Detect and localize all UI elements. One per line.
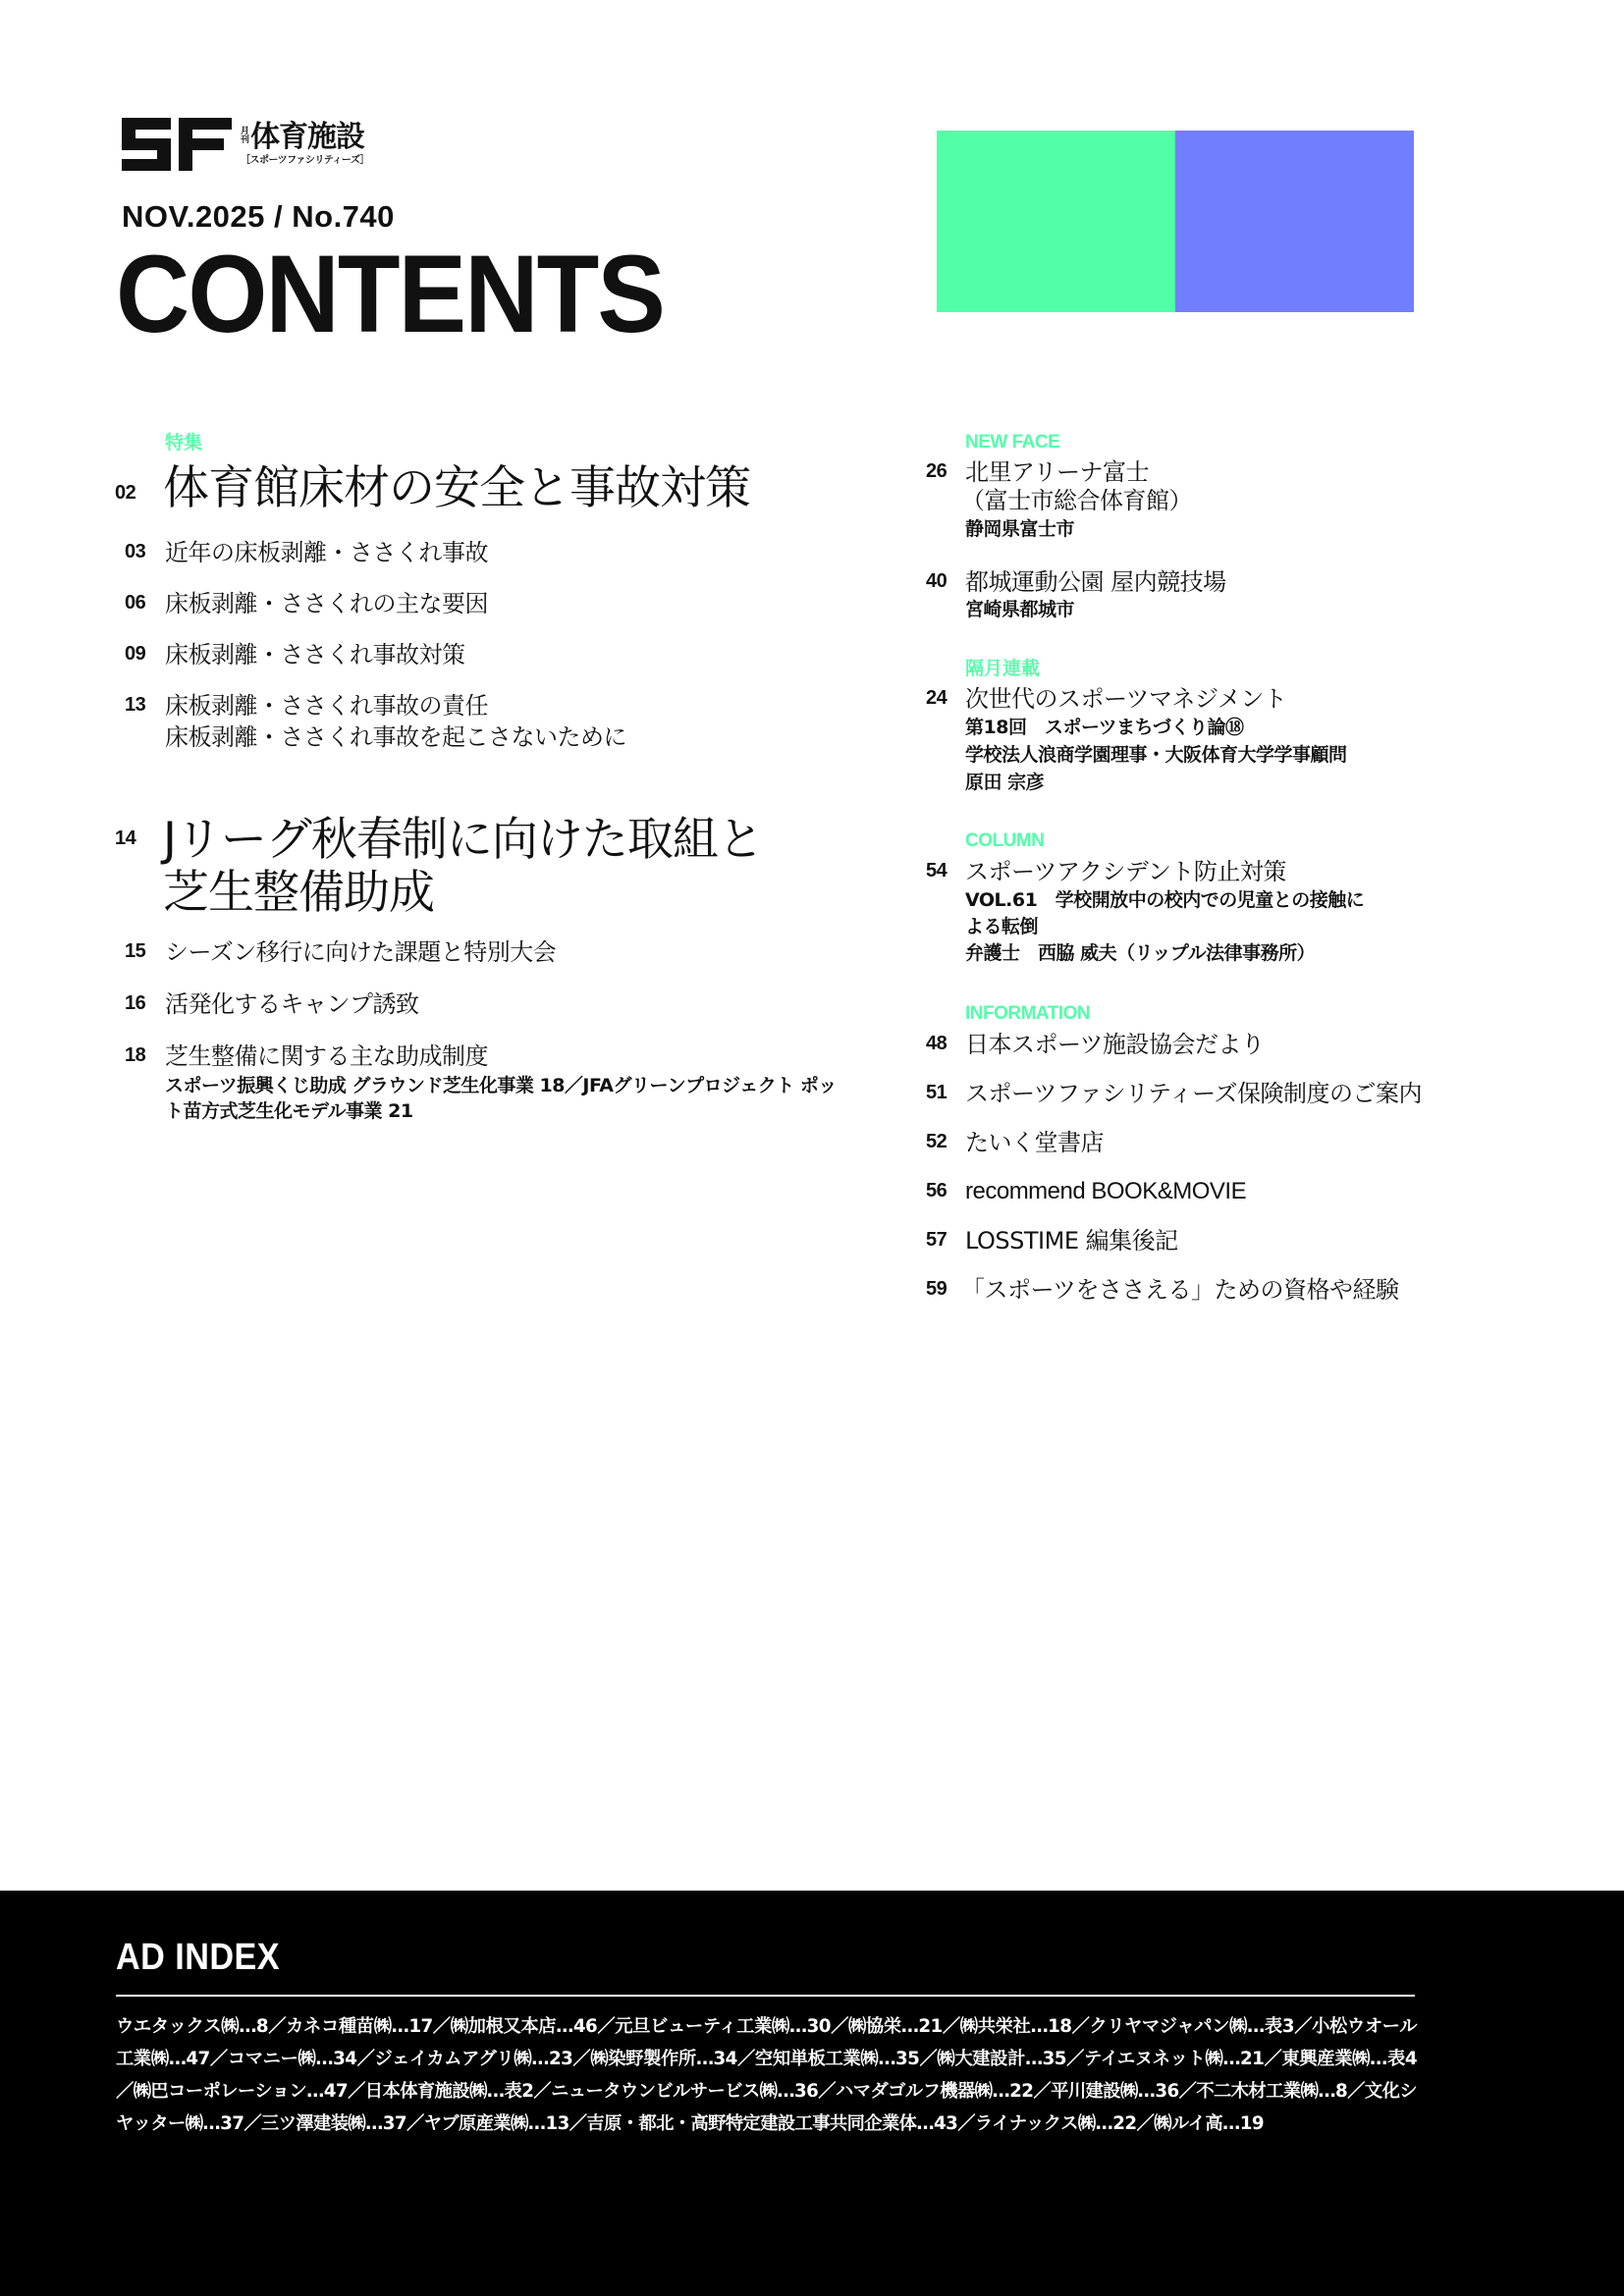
toc-item-location: 静岡県富士市 (965, 516, 1074, 542)
toc-item-title: 床板剥離・ささくれ事故の責任 (165, 691, 488, 721)
feature-title: Jリーグ秋春制に向けた取組と (163, 813, 763, 868)
logo-monthly: 月刊 (241, 128, 249, 145)
toc-item-title: 床板剥離・ささくれ事故対策 (165, 640, 465, 669)
toc-item-subtitle: スポーツ振興くじ助成 グラウンド芝生化事業 18／JFAグリーンプロジェクト ポ… (165, 1073, 837, 1098)
page-number: 16 (125, 989, 145, 1017)
magazine-logo: 月刊 体育施設 ［スポーツファシリティーズ］ (122, 116, 387, 173)
toc-item-subtitle: ト苗方式芝生化モデル事業 21 (165, 1098, 413, 1124)
page-number: 03 (125, 538, 145, 565)
page-number: 24 (926, 684, 947, 712)
toc-item-title: シーズン移行に向けた課題と特別大会 (165, 937, 556, 967)
logo-title: 体育施設 (250, 122, 364, 153)
toc-item-subtitle: VOL.61 学校開放中の校内での児童との接触に (965, 887, 1364, 913)
toc-item-author: 原田 宗彦 (965, 770, 1044, 795)
feature-title: 体育館床材の安全と事故対策 (163, 461, 750, 516)
toc-item-title: recommend BOOK&MOVIE (965, 1177, 1246, 1206)
ad-index-heading: AD INDEX (116, 1937, 280, 1979)
toc-item-title: 活発化するキャンプ誘致 (165, 989, 419, 1019)
issue-number: NOV.2025 / No.740 (122, 199, 395, 235)
page-number: 56 (926, 1177, 947, 1204)
toc-item-title: 次世代のスポーツマネジメント (965, 684, 1286, 714)
toc-item-title: （富士市総合体育館） (961, 486, 1192, 515)
toc-item-title: 都城運動公園 屋内競技場 (965, 567, 1226, 597)
category-label-bimonthly: 隔月連載 (965, 658, 1040, 679)
page-number: 18 (125, 1041, 145, 1069)
category-label-column: COLUMN (965, 830, 1044, 852)
page-number: 02 (115, 479, 135, 507)
ad-index-divider (116, 1995, 1415, 1997)
toc-item-subtitle: 第18回 スポーツまちづくり論⑱ (965, 715, 1244, 740)
page-number: 51 (926, 1079, 947, 1106)
page-number: 57 (926, 1226, 947, 1254)
category-label-information: INFORMATION (965, 1003, 1090, 1025)
toc-item-title: 床板剥離・ささくれの主な要因 (165, 589, 488, 618)
ad-index-list: ウエタックス㈱…8／カネコ種苗㈱…17／㈱加根又本店…46／元旦ビューティ工業㈱… (116, 2010, 1417, 2140)
decorative-blue-block (1175, 131, 1414, 312)
decorative-green-block (937, 131, 1175, 312)
feature-title: 芝生整備助成 (163, 866, 434, 921)
page-number: 09 (125, 640, 145, 667)
logo-subtitle: ［スポーツファシリティーズ］ (241, 155, 369, 167)
page-number: 06 (125, 589, 145, 616)
toc-item-title: 芝生整備に関する主な助成制度 (165, 1041, 488, 1071)
toc-item-author-affiliation: 学校法人浪商学園理事・大阪体育大学学事顧問 (965, 742, 1347, 768)
toc-item-title: 北里アリーナ富士 (965, 457, 1149, 487)
toc-item-title: たいく堂書店 (965, 1128, 1104, 1157)
toc-item-title: 床板剥離・ささくれ事故を起こさないために (165, 722, 626, 752)
sf-logo-mark-icon (122, 118, 232, 171)
page-number: 14 (115, 825, 135, 852)
category-label-new-face: NEW FACE (965, 432, 1059, 454)
page-number: 48 (926, 1030, 947, 1057)
toc-item-subtitle: よる転倒 (965, 914, 1038, 939)
page-number: 52 (926, 1128, 947, 1155)
toc-item-location: 宮崎県都城市 (965, 597, 1074, 622)
toc-item-title: スポーツアクシデント防止対策 (965, 857, 1286, 886)
page-title: CONTENTS (116, 236, 664, 353)
page-number: 54 (926, 857, 947, 884)
page-number: 13 (125, 691, 145, 719)
toc-item-title: LOSSTIME 編集後記 (965, 1226, 1178, 1255)
toc-item-author: 弁護士 西脇 威夫（リップル法律事務所） (965, 940, 1315, 966)
page-number: 26 (926, 457, 947, 485)
toc-item-title: スポーツファシリティーズ保険制度のご案内 (965, 1079, 1422, 1108)
toc-item-title: 近年の床板剥離・ささくれ事故 (165, 538, 488, 567)
page-number: 15 (125, 937, 145, 965)
page-number: 40 (926, 567, 947, 595)
toc-item-title: 日本スポーツ施設協会だより (965, 1030, 1265, 1059)
page-number: 59 (926, 1275, 947, 1303)
category-label-feature: 特集 (165, 432, 202, 454)
toc-item-title: 「スポーツをささえる」ための資格や経験 (961, 1275, 1399, 1305)
